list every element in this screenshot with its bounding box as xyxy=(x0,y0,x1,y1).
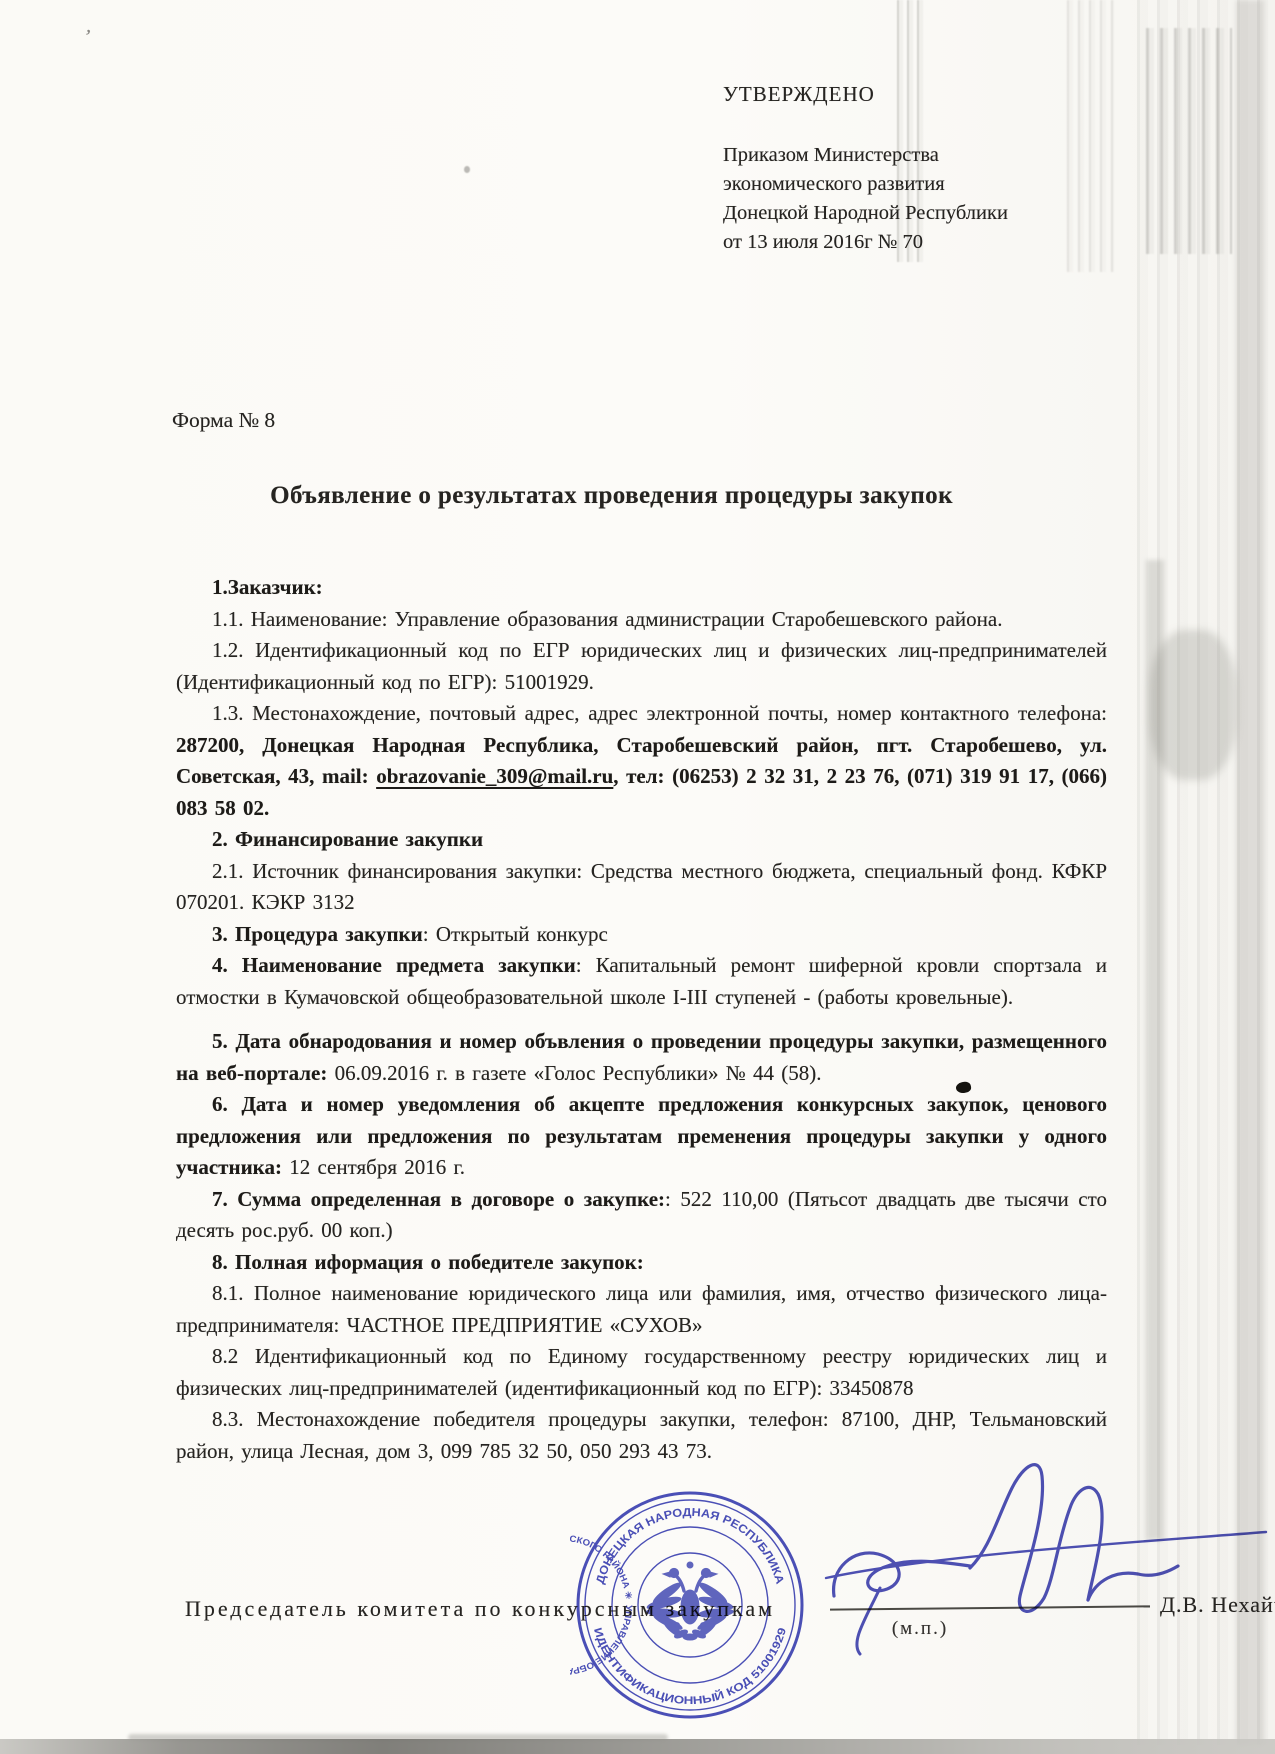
approval-line: Приказом Министерства xyxy=(723,141,1143,170)
paragraph-13: 8.1. Полное наименование юридического ли… xyxy=(176,1278,1107,1341)
paragraph-8: 4. Наименование предмета закупки: Капита… xyxy=(176,950,1107,1013)
paragraph-6: 2.1. Источник финансирования закупки: Ср… xyxy=(176,856,1107,919)
stamp-ring-middle-text: УПРАВЛЕНИЕ ОБРАЗОВАНИЯ АДМИНИСТРАЦИИ СТА… xyxy=(570,1533,634,1677)
text-run: 7. Сумма определенная в договоре о закуп… xyxy=(212,1187,665,1211)
text-run: 2.1. Источник финансирования закупки: Ср… xyxy=(176,859,1107,915)
paragraph-11: 7. Сумма определенная в договоре о закуп… xyxy=(176,1184,1107,1247)
double-headed-eagle-icon xyxy=(645,1562,734,1640)
text-run: 06.09.2016 г. в газете «Голос Республики… xyxy=(335,1061,822,1085)
text-run: 8. Полная иформация о победителе закупок… xyxy=(212,1250,644,1274)
approval-lines: Приказом Министерстваэкономического разв… xyxy=(723,141,1143,257)
scan-edge-strip xyxy=(0,1739,1275,1754)
scan-streak xyxy=(1140,28,1232,254)
official-round-stamp: ДОНЕЦКАЯ НАРОДНАЯ РЕСПУБЛИКА ИДЕНТИФИКАЦ… xyxy=(570,1485,810,1725)
approval-title: УТВЕРЖДЕНО xyxy=(723,82,1143,107)
text-run: 12 сентября 2016 г. xyxy=(289,1155,465,1179)
handwritten-signature xyxy=(820,1428,1275,1668)
scan-streak xyxy=(1146,560,1164,1540)
approval-line: экономического развития xyxy=(723,170,1143,199)
document-body: 1.Заказчик:1.1. Наименование: Управление… xyxy=(176,572,1107,1467)
approval-line: от 13 июля 2016г № 70 xyxy=(723,228,1143,257)
approval-line: Донецкой Народной Республики xyxy=(723,199,1143,228)
text-run: 1.1. Наименование: Управление образовани… xyxy=(212,607,1002,631)
text-run: obrazovanie_309@mail.ru xyxy=(376,764,613,788)
text-run: 8.2 Идентификационный код по Единому гос… xyxy=(176,1344,1107,1400)
text-run: 3. Процедура закупки xyxy=(212,922,423,946)
text-run: 1.3. Местонахождение, почтовый адрес, ад… xyxy=(212,701,1107,725)
scan-smudge xyxy=(1150,630,1236,780)
text-run: : Открытый конкурс xyxy=(423,922,608,946)
paragraph-2: 1.1. Наименование: Управление образовани… xyxy=(176,604,1107,636)
text-run: 1.Заказчик: xyxy=(212,575,323,599)
stray-mark: ’ xyxy=(82,26,93,50)
paragraph-4: 1.3. Местонахождение, почтовый адрес, ад… xyxy=(176,698,1107,824)
text-run: 4. Наименование предмета закупки xyxy=(212,953,576,977)
scanned-document-page: ’ УТВЕРЖДЕНО Приказом Министерстваэконом… xyxy=(0,0,1275,1754)
paragraph-12: 8. Полная иформация о победителе закупок… xyxy=(176,1247,1107,1279)
paragraph-10: 6. Дата и номер уведомления об акцепте п… xyxy=(176,1089,1107,1184)
paragraph-1: 1.Заказчик: xyxy=(176,572,1107,604)
stamp-ring-top-text: ДОНЕЦКАЯ НАРОДНАЯ РЕСПУБЛИКА xyxy=(595,1507,786,1586)
text-run: 2. Финансирование закупки xyxy=(212,827,483,851)
stray-mark xyxy=(464,166,470,173)
paragraph-14: 8.2 Идентификационный код по Единому гос… xyxy=(176,1341,1107,1404)
paragraph-5: 2. Финансирование закупки xyxy=(176,824,1107,856)
approval-block: УТВЕРЖДЕНО Приказом Министерстваэкономич… xyxy=(723,82,1143,257)
document-title: Объявление о результатах проведения проц… xyxy=(176,482,1107,510)
text-run: 1.2. Идентификационный код по ЕГР юридич… xyxy=(176,638,1107,694)
form-number-label: Форма № 8 xyxy=(172,408,275,433)
paragraph-7: 3. Процедура закупки: Открытый конкурс xyxy=(176,919,1107,951)
paragraph-3: 1.2. Идентификационный код по ЕГР юридич… xyxy=(176,635,1107,698)
text-run: 8.1. Полное наименование юридического ли… xyxy=(176,1281,1107,1337)
paragraph-9: 5. Дата обнародования и номер объвления … xyxy=(176,1026,1107,1089)
